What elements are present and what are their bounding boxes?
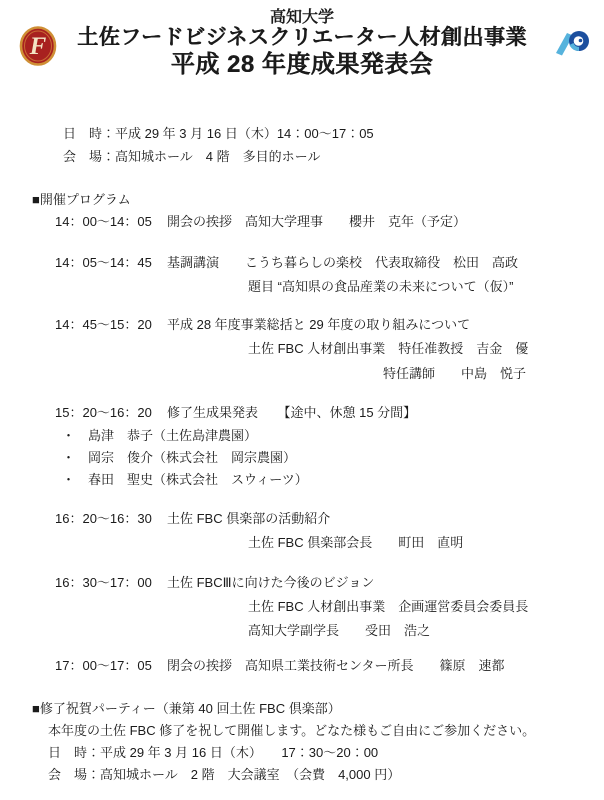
party-section-heading: ■修了祝賀パーティー（兼第 40 回土佐 FBC 倶楽部） [32, 701, 341, 717]
program-row: 17：00～17：05閉会の挨拶 高知県工業技術センター所長 篠原 速都 [55, 658, 504, 674]
presenter-bullet: ・ 岡宗 俊介（株式会社 岡宗農園） [62, 450, 296, 466]
program-row: 14：00～14：05開会の挨拶 高知大学理事 櫻井 克年（予定） [55, 214, 466, 230]
event-title: 平成 28 年度成果発表会 [0, 57, 604, 73]
program-detail: 高知大学副学長 受田 浩之 [248, 623, 430, 639]
presenter-bullet: ・ 島津 恭子（土佐島津農園） [62, 428, 257, 444]
program-detail: 土佐 FBC 人材創出事業 特任准教授 吉金 優 [248, 341, 528, 357]
program-title-text: 修了生成果発表 【途中、休憩 15 分間】 [167, 405, 416, 420]
program-detail: 特任講師 中島 悦子 [383, 366, 526, 382]
program-time: 17：00～17：05 [55, 658, 167, 674]
program-time: 16：20～16：30 [55, 511, 167, 527]
presenter-bullet: ・ 春田 聖史（株式会社 スウィーツ） [62, 472, 308, 488]
program-time: 14：00～14：05 [55, 214, 167, 230]
program-title-text: 平成 28 年度事業総括と 29 年度の取り組みについて [167, 317, 470, 332]
program-time: 14：45～15：20 [55, 317, 167, 333]
program-title: 土佐フードビジネスクリエーター人材創出事業 [0, 30, 604, 46]
program-detail: 土佐 FBC 人材創出事業 企画運営委員会委員長 [248, 599, 528, 615]
event-venue: 会 場：高知城ホール 4 階 多目的ホール [63, 149, 320, 165]
program-title-text: 基調講演 こうち暮らしの楽校 代表取締役 松田 高政 [167, 255, 518, 270]
party-description: 本年度の土佐 FBC 修了を祝して開催します。どなた様もご自由にご参加ください。 [48, 723, 535, 739]
program-time: 16：30～17：00 [55, 575, 167, 591]
event-datetime: 日 時：平成 29 年 3 月 16 日（木）14：00～17：05 [63, 126, 374, 142]
program-section-heading: ■開催プログラム [32, 192, 131, 208]
program-detail: 土佐 FBC 倶楽部会長 町田 直明 [248, 535, 463, 551]
program-row: 14：45～15：20平成 28 年度事業総括と 29 年度の取り組みについて [55, 317, 470, 333]
program-detail: 題目 “高知県の食品産業の未来について（仮）” [248, 279, 514, 295]
party-datetime: 日 時：平成 29 年 3 月 16 日（木） 17：30～20：00 [48, 745, 378, 761]
event-flyer-page: F 高知大学 土佐フードビジネスクリエーター人材創出事業 平成 28 年度成果発… [0, 0, 604, 800]
program-title-text: 開会の挨拶 高知大学理事 櫻井 克年（予定） [167, 214, 466, 229]
program-time: 14：05～14：45 [55, 255, 167, 271]
university-name: 高知大学 [0, 10, 604, 26]
program-row: 14：05～14：45基調講演 こうち暮らしの楽校 代表取締役 松田 高政 [55, 255, 518, 271]
program-row: 16：30～17：00土佐 FBCⅢに向けた今後のビジョン [55, 575, 374, 591]
program-row: 15：20～16：20修了生成果発表 【途中、休憩 15 分間】 [55, 405, 416, 421]
program-row: 16：20～16：30土佐 FBC 倶楽部の活動紹介 [55, 511, 330, 527]
program-title-text: 土佐 FBCⅢに向けた今後のビジョン [167, 575, 374, 590]
program-time: 15：20～16：20 [55, 405, 167, 421]
program-title-text: 閉会の挨拶 高知県工業技術センター所長 篠原 速都 [167, 658, 504, 673]
program-title-text: 土佐 FBC 倶楽部の活動紹介 [167, 511, 330, 526]
party-venue: 会 場：高知城ホール 2 階 大会議室 （会費 4,000 円） [48, 767, 400, 783]
